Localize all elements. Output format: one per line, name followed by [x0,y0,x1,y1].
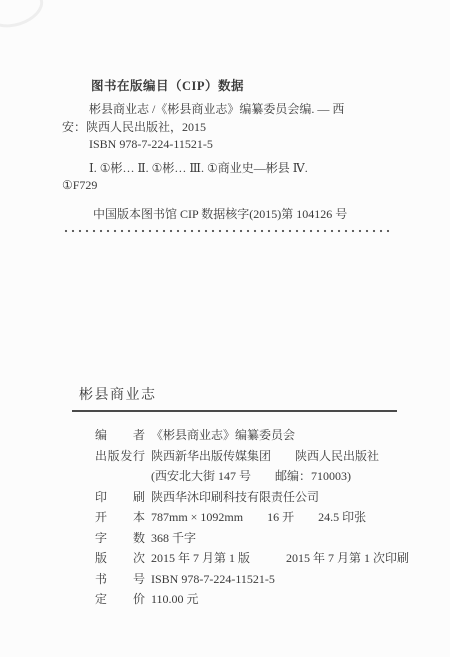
colophon-value: 368 千字 [151,532,196,546]
colophon-label: 编者 [95,429,145,443]
colophon-value: 110.00 元 [151,593,199,607]
colophon-label: 开本 [95,511,145,525]
colophon-label: 出版发行 [95,450,145,464]
colophon-value: 2015 年 7 月第 1 版 2015 年 7 月第 1 次印刷 [151,552,409,566]
colophon-row-price: 定价 110.00 元 [95,593,425,607]
cip-entry-line-1: 彬县商业志 /《彬县商业志》编纂委员会编. — 西 [62,101,402,119]
title-rule [72,410,397,412]
book-title: 彬县商业志 [79,384,157,404]
colophon-row-address: (西安北大街 147 号 邮编：710003) [95,470,425,484]
colophon-label [95,470,145,484]
colophon-label: 印刷 [95,491,145,505]
colophon-row-edition: 版次 2015 年 7 月第 1 版 2015 年 7 月第 1 次印刷 [95,552,425,566]
colophon-row-printer: 印刷 陕西华沐印刷科技有限责任公司 [95,491,425,505]
colophon-row-format: 开本 787mm × 1092mm 16 开 24.5 印张 [95,511,425,525]
cip-classification-block: Ⅰ. ①彬… Ⅱ. ①彬… Ⅲ. ①商业史—彬县 Ⅳ. ①F729 [62,160,402,194]
cip-record-number: 中国版本图书馆 CIP 数据核字(2015)第 104126 号 [93,205,347,222]
cip-header: 图书在版编目（CIP）数据 [91,76,244,94]
colophon-value: (西安北大街 147 号 邮编：710003) [151,470,351,484]
book-copyright-page: 图书在版编目（CIP）数据 彬县商业志 /《彬县商业志》编纂委员会编. — 西 … [0,0,450,657]
cip-classification-line-1: Ⅰ. ①彬… Ⅱ. ①彬… Ⅲ. ①商业史—彬县 Ⅳ. [62,160,402,177]
colophon-label: 定价 [95,593,145,607]
colophon-value: 《彬县商业志》编纂委员会 [151,429,295,443]
cip-entry-line-2: 安：陕西人民出版社，2015 [62,119,402,137]
colophon-row-wordcount: 字数 368 千字 [95,532,425,546]
colophon-row-publisher: 出版发行 陕西新华出版传媒集团 陕西人民出版社 [95,450,425,464]
cip-entry-block: 彬县商业志 /《彬县商业志》编纂委员会编. — 西 安：陕西人民出版社，2015… [62,101,402,154]
colophon-value: 787mm × 1092mm 16 开 24.5 印张 [151,511,366,525]
colophon-row-isbn: 书号 ISBN 978-7-224-11521-5 [95,573,425,587]
colophon-label: 版次 [95,552,145,566]
colophon-block: 编者 《彬县商业志》编纂委员会 出版发行 陕西新华出版传媒集团 陕西人民出版社 … [95,429,425,614]
scan-artifact [0,0,48,34]
colophon-value: ISBN 978-7-224-11521-5 [151,573,275,587]
colophon-value: 陕西华沐印刷科技有限责任公司 [151,491,319,505]
dotted-divider [64,229,392,233]
colophon-label: 书号 [95,573,145,587]
colophon-row-editor: 编者 《彬县商业志》编纂委员会 [95,429,425,443]
colophon-value: 陕西新华出版传媒集团 陕西人民出版社 [151,450,379,464]
cip-classification-line-2: ①F729 [62,177,402,194]
cip-entry-line-3: ISBN 978-7-224-11521-5 [62,136,402,154]
colophon-label: 字数 [95,532,145,546]
